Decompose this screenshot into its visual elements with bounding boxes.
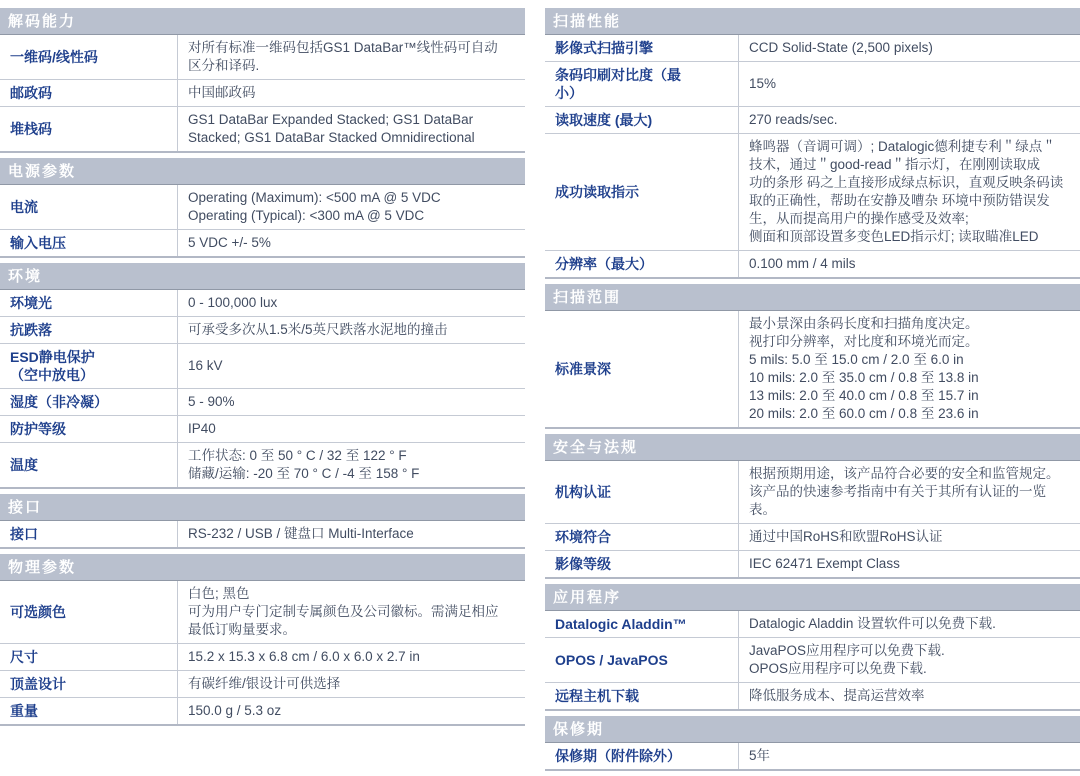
table-row: 重量 150.0 g / 5.3 oz (0, 697, 525, 724)
table-row: Datalogic Aladdin™ Datalogic Aladdin 设置软… (545, 611, 1080, 637)
spec-label: 标准景深 (545, 311, 739, 427)
spec-value: IP40 (178, 416, 525, 442)
table-row: 读取速度 (最大) 270 reads/sec. (545, 106, 1080, 133)
section-header: 解码能力 (0, 8, 525, 35)
section-applications: 应用程序 Datalogic Aladdin™ Datalogic Aladdi… (545, 584, 1080, 711)
section-rows: Datalogic Aladdin™ Datalogic Aladdin 设置软… (545, 611, 1080, 711)
spec-value: 白色; 黑色 可为用户专门定制专属颜色及公司徽标。需满足相应 最低订购量要求。 (178, 581, 525, 643)
table-row: 影像式扫描引擎 CCD Solid-State (2,500 pixels) (545, 35, 1080, 61)
spec-label: 读取速度 (最大) (545, 107, 739, 133)
table-row: 环境符合 通过中国RoHS和欧盟RoHS认证 (545, 523, 1080, 550)
table-row: 防护等级 IP40 (0, 415, 525, 442)
section-scan-performance: 扫描性能 影像式扫描引擎 CCD Solid-State (2,500 pixe… (545, 8, 1080, 279)
spec-value: 可承受多次从1.5米/5英尺跌落水泥地的撞击 (178, 317, 525, 343)
spec-label: 机构认证 (545, 461, 739, 523)
table-row: 机构认证 根据预期用途，该产品符合必要的安全和监管规定。 该产品的快速参考指南中… (545, 461, 1080, 523)
spec-label: 影像式扫描引擎 (545, 35, 739, 61)
spec-value: IEC 62471 Exempt Class (739, 551, 1080, 577)
spec-label: 堆栈码 (0, 107, 178, 151)
table-row: 顶盖设计 有碳纤维/银设计可供选择 (0, 670, 525, 697)
spec-value: 270 reads/sec. (739, 107, 1080, 133)
table-row: OPOS / JavaPOS JavaPOS应用程序可以免费下载. OPOS应用… (545, 637, 1080, 682)
spec-value: 中国邮政码 (178, 80, 525, 106)
spec-value: 15% (739, 62, 1080, 106)
table-row: 温度 工作状态: 0 至 50 ° C / 32 至 122 ° F 储藏/运输… (0, 442, 525, 487)
section-rows: 环境光 0 - 100,000 lux 抗跌落 可承受多次从1.5米/5英尺跌落… (0, 290, 525, 489)
spec-label: 保修期（附件除外） (545, 743, 739, 749)
spec-label: OPOS / JavaPOS (545, 638, 739, 682)
table-row: 标准景深 最小景深由条码长度和扫描角度决定。 视打印分辨率，对比度和环境光而定。… (545, 311, 1080, 427)
spec-value: 根据预期用途，该产品符合必要的安全和监管规定。 该产品的快速参考指南中有关于其所… (739, 461, 1080, 523)
table-row: 远程主机下载 降低服务成本、提高运营效率 (545, 682, 1080, 709)
spec-label: 环境符合 (545, 524, 739, 550)
spec-label: 可选颜色 (0, 581, 178, 643)
spec-column-left: 解码能力 一维码/线性码 对所有标准一维码包括GS1 DataBar™线性码可自… (0, 8, 525, 731)
table-row: 接口 RS-232 / USB / 键盘口 Multi-Interface (0, 521, 525, 547)
spec-value: CCD Solid-State (2,500 pixels) (739, 35, 1080, 61)
spec-value: 最小景深由条码长度和扫描角度决定。 视打印分辨率，对比度和环境光而定。 5 mi… (739, 311, 1080, 427)
section-power: 电源参数 电流 Operating (Maximum): <500 mA @ 5… (0, 158, 525, 258)
table-row: 堆栈码 GS1 DataBar Expanded Stacked; GS1 Da… (0, 106, 525, 151)
spec-value: Operating (Maximum): <500 mA @ 5 VDC Ope… (178, 185, 525, 229)
table-row: 尺寸 15.2 x 15.3 x 6.8 cm / 6.0 x 6.0 x 2.… (0, 643, 525, 670)
section-decoding: 解码能力 一维码/线性码 对所有标准一维码包括GS1 DataBar™线性码可自… (0, 8, 525, 153)
section-physical: 物理参数 可选颜色 白色; 黑色 可为用户专门定制专属颜色及公司徽标。需满足相应… (0, 554, 525, 726)
table-row: 一维码/线性码 对所有标准一维码包括GS1 DataBar™线性码可自动 区分和… (0, 35, 525, 79)
table-row: 输入电压 5 VDC +/- 5% (0, 229, 525, 256)
section-rows: 电流 Operating (Maximum): <500 mA @ 5 VDC … (0, 185, 525, 258)
spec-label: 一维码/线性码 (0, 35, 178, 79)
spec-label: 成功读取指示 (545, 134, 739, 250)
spec-label: 温度 (0, 443, 178, 487)
spec-value: 16 kV (178, 344, 525, 388)
section-header: 扫描性能 (545, 8, 1080, 35)
spec-label: 条码印刷对比度（最 小） (545, 62, 739, 106)
spec-label: 接口 (0, 521, 178, 547)
spec-value: 15.2 x 15.3 x 6.8 cm / 6.0 x 6.0 x 2.7 i… (178, 644, 525, 670)
table-row: 抗跌落 可承受多次从1.5米/5英尺跌落水泥地的撞击 (0, 316, 525, 343)
table-row: 影像等级 IEC 62471 Exempt Class (545, 550, 1080, 577)
spec-label: 抗跌落 (0, 317, 178, 343)
spec-label: 远程主机下载 (545, 683, 739, 709)
spec-value: 5 - 90% (178, 389, 525, 415)
spec-label: 尺寸 (0, 644, 178, 670)
spec-value: Datalogic Aladdin 设置软件可以免费下载. (739, 611, 1080, 637)
spec-value: 通过中国RoHS和欧盟RoHS认证 (739, 524, 1080, 550)
spec-label: 分辨率（最大） (545, 251, 739, 277)
section-rows: 可选颜色 白色; 黑色 可为用户专门定制专属颜色及公司徽标。需满足相应 最低订购… (0, 581, 525, 726)
table-row: 成功读取指示 蜂鸣器（音调可调）; Datalogic德利捷专利＂绿点＂ 技术，… (545, 133, 1080, 250)
section-header: 物理参数 (0, 554, 525, 581)
spec-value: 对所有标准一维码包括GS1 DataBar™线性码可自动 区分和译码. (178, 35, 525, 79)
table-row: ESD静电保护 （空中放电） 16 kV (0, 343, 525, 388)
spec-value: 150.0 g / 5.3 oz (178, 698, 525, 724)
section-rows: 标准景深 最小景深由条码长度和扫描角度决定。 视打印分辨率，对比度和环境光而定。… (545, 311, 1080, 429)
spec-label: 湿度（非冷凝） (0, 389, 178, 415)
table-row: 保修期（附件除外） 5年 (545, 743, 1080, 749)
section-header: 接口 (0, 494, 525, 521)
section-header: 保修期 (545, 716, 1080, 743)
table-row: 电流 Operating (Maximum): <500 mA @ 5 VDC … (0, 185, 525, 229)
table-row: 可选颜色 白色; 黑色 可为用户专门定制专属颜色及公司徽标。需满足相应 最低订购… (0, 581, 525, 643)
spec-label: 防护等级 (0, 416, 178, 442)
spec-label: Datalogic Aladdin™ (545, 611, 739, 637)
section-warranty: 保修期 保修期（附件除外） 5年 (545, 716, 1080, 749)
spec-column-right: 扫描性能 影像式扫描引擎 CCD Solid-State (2,500 pixe… (545, 8, 1080, 749)
spec-label: 环境光 (0, 290, 178, 316)
section-interface: 接口 接口 RS-232 / USB / 键盘口 Multi-Interface (0, 494, 525, 549)
table-row: 环境光 0 - 100,000 lux (0, 290, 525, 316)
spec-value: RS-232 / USB / 键盘口 Multi-Interface (178, 521, 525, 547)
table-row: 分辨率（最大） 0.100 mm / 4 mils (545, 250, 1080, 277)
spec-value: 工作状态: 0 至 50 ° C / 32 至 122 ° F 储藏/运输: -… (178, 443, 525, 487)
section-header: 应用程序 (545, 584, 1080, 611)
section-header: 环境 (0, 263, 525, 290)
spec-label: 邮政码 (0, 80, 178, 106)
section-rows: 机构认证 根据预期用途，该产品符合必要的安全和监管规定。 该产品的快速参考指南中… (545, 461, 1080, 579)
section-header: 扫描范围 (545, 284, 1080, 311)
spec-label: 电流 (0, 185, 178, 229)
section-header: 安全与法规 (545, 434, 1080, 461)
spec-label: 影像等级 (545, 551, 739, 577)
spec-value: JavaPOS应用程序可以免费下载. OPOS应用程序可以免费下载. (739, 638, 1080, 682)
spec-label: ESD静电保护 （空中放电） (0, 344, 178, 388)
spec-label: 输入电压 (0, 230, 178, 256)
table-row: 湿度（非冷凝） 5 - 90% (0, 388, 525, 415)
section-header: 电源参数 (0, 158, 525, 185)
table-row: 邮政码 中国邮政码 (0, 79, 525, 106)
table-row: 条码印刷对比度（最 小） 15% (545, 61, 1080, 106)
section-rows: 保修期（附件除外） 5年 (545, 743, 1080, 749)
spec-value: 0 - 100,000 lux (178, 290, 525, 316)
section-rows: 接口 RS-232 / USB / 键盘口 Multi-Interface (0, 521, 525, 549)
spec-label: 重量 (0, 698, 178, 724)
spec-value: 5年 (739, 743, 1080, 749)
section-rows: 一维码/线性码 对所有标准一维码包括GS1 DataBar™线性码可自动 区分和… (0, 35, 525, 153)
spec-value: 0.100 mm / 4 mils (739, 251, 1080, 277)
spec-value: 有碳纤维/银设计可供选择 (178, 671, 525, 697)
section-scan-range: 扫描范围 标准景深 最小景深由条码长度和扫描角度决定。 视打印分辨率，对比度和环… (545, 284, 1080, 429)
spec-value: 5 VDC +/- 5% (178, 230, 525, 256)
spec-value: 降低服务成本、提高运营效率 (739, 683, 1080, 709)
section-rows: 影像式扫描引擎 CCD Solid-State (2,500 pixels) 条… (545, 35, 1080, 279)
spec-value: 蜂鸣器（音调可调）; Datalogic德利捷专利＂绿点＂ 技术，通过＂good… (739, 134, 1080, 250)
spec-label: 顶盖设计 (0, 671, 178, 697)
spec-value: GS1 DataBar Expanded Stacked; GS1 DataBa… (178, 107, 525, 151)
section-environment: 环境 环境光 0 - 100,000 lux 抗跌落 可承受多次从1.5米/5英… (0, 263, 525, 489)
section-safety-regulatory: 安全与法规 机构认证 根据预期用途，该产品符合必要的安全和监管规定。 该产品的快… (545, 434, 1080, 579)
